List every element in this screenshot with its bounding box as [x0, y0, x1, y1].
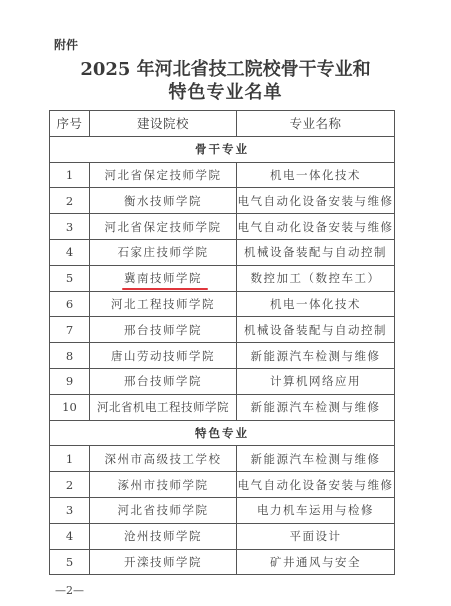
row-major: 机械设备装配与自动控制	[237, 317, 395, 343]
table-row: 2 衡水技师学院 电气自动化设备安装与维修	[50, 188, 395, 214]
row-major: 新能源汽车检测与维修	[237, 343, 395, 369]
row-major: 矿井通风与安全	[237, 549, 395, 575]
header-major: 专业名称	[237, 111, 395, 137]
section-title: 骨干专业	[50, 136, 395, 162]
row-number: 6	[50, 291, 90, 317]
table-header-row: 序号 建设院校 专业名称	[50, 111, 395, 137]
row-major: 机电一体化技术	[237, 291, 395, 317]
page-number: —2—	[55, 584, 84, 597]
document-title-line2: 特色专业名单	[0, 78, 451, 104]
table-row: 1 深州市高级技工学校 新能源汽车检测与维修	[50, 446, 395, 472]
row-school: 衡水技师学院	[90, 188, 237, 214]
row-number: 4	[50, 523, 90, 549]
table-row: 6 河北工程技师学院 机电一体化技术	[50, 291, 395, 317]
row-school: 邢台技师学院	[90, 368, 237, 394]
row-school: 河北省技师学院	[90, 497, 237, 523]
table-row: 9 邢台技师学院 计算机网络应用	[50, 368, 395, 394]
row-school: 涿州市技师学院	[90, 472, 237, 498]
row-number: 8	[50, 343, 90, 369]
row-school: 沧州技师学院	[90, 523, 237, 549]
row-number: 7	[50, 317, 90, 343]
table-row: 1 河北省保定技师学院 机电一体化技术	[50, 162, 395, 188]
row-major: 电气自动化设备安装与维修	[237, 188, 395, 214]
section-title: 特色专业	[50, 420, 395, 446]
row-school: 河北省机电工程技师学院	[90, 394, 237, 420]
table-row: 4 石家庄技师学院 机械设备装配与自动控制	[50, 239, 395, 265]
table-row: 10 河北省机电工程技师学院 新能源汽车检测与维修	[50, 394, 395, 420]
red-underline-mark	[122, 288, 208, 290]
table-row: 4 沧州技师学院 平面设计	[50, 523, 395, 549]
row-major: 计算机网络应用	[237, 368, 395, 394]
row-school: 石家庄技师学院	[90, 239, 237, 265]
row-number: 5	[50, 265, 90, 291]
row-number: 3	[50, 214, 90, 240]
row-school: 冀南技师学院	[124, 271, 202, 285]
row-major: 新能源汽车检测与维修	[237, 394, 395, 420]
row-major: 新能源汽车检测与维修	[237, 446, 395, 472]
row-number: 10	[50, 394, 90, 420]
row-school: 唐山劳动技师学院	[90, 343, 237, 369]
major-list-table: 序号 建设院校 专业名称 骨干专业 1 河北省保定技师学院 机电一体化技术 2 …	[49, 110, 395, 575]
row-major: 机电一体化技术	[237, 162, 395, 188]
row-major: 机械设备装配与自动控制	[237, 239, 395, 265]
table-row-highlighted: 5 冀南技师学院 数控加工（数控车工）	[50, 265, 395, 291]
section-row-featured-majors: 特色专业	[50, 420, 395, 446]
row-school: 河北工程技师学院	[90, 291, 237, 317]
attachment-label: 附件	[54, 36, 78, 53]
row-number: 3	[50, 497, 90, 523]
row-number: 1	[50, 162, 90, 188]
section-row-key-majors: 骨干专业	[50, 136, 395, 162]
table-row: 3 河北省技师学院 电力机车运用与检修	[50, 497, 395, 523]
row-major: 电气自动化设备安装与维修	[237, 472, 395, 498]
row-number: 2	[50, 472, 90, 498]
table-row: 3 河北省保定技师学院 电气自动化设备安装与维修	[50, 214, 395, 240]
row-major: 电气自动化设备安装与维修	[237, 214, 395, 240]
row-school: 河北省保定技师学院	[90, 214, 237, 240]
table-row: 7 邢台技师学院 机械设备装配与自动控制	[50, 317, 395, 343]
row-school: 邢台技师学院	[90, 317, 237, 343]
table-row: 8 唐山劳动技师学院 新能源汽车检测与维修	[50, 343, 395, 369]
row-number: 5	[50, 549, 90, 575]
row-school: 深州市高级技工学校	[90, 446, 237, 472]
row-major: 数控加工（数控车工）	[237, 265, 395, 291]
row-school: 河北省保定技师学院	[90, 162, 237, 188]
row-number: 1	[50, 446, 90, 472]
table-row: 5 开滦技师学院 矿井通风与安全	[50, 549, 395, 575]
row-number: 4	[50, 239, 90, 265]
row-major: 电力机车运用与检修	[237, 497, 395, 523]
table-row: 2 涿州市技师学院 电气自动化设备安装与维修	[50, 472, 395, 498]
row-number: 9	[50, 368, 90, 394]
header-number: 序号	[50, 111, 90, 137]
row-school: 开滦技师学院	[90, 549, 237, 575]
row-school-highlighted: 冀南技师学院	[90, 265, 237, 291]
header-school: 建设院校	[90, 111, 237, 137]
row-major: 平面设计	[237, 523, 395, 549]
row-number: 2	[50, 188, 90, 214]
